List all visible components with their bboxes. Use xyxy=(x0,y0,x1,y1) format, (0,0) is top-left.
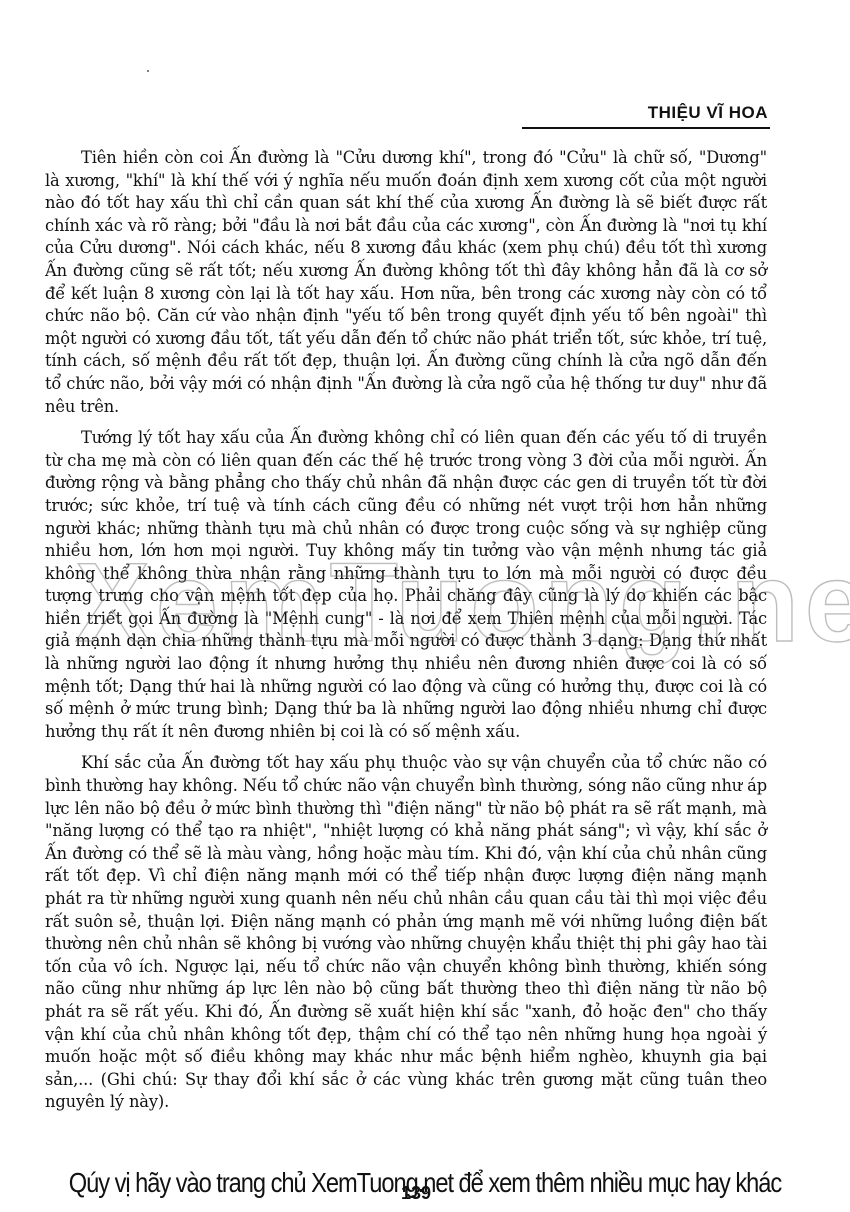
paragraph-an-duong-cuu-duong-khi: Tiên hiền còn coi Ấn đường là "Cửu dương… xyxy=(45,147,767,418)
running-header: THIỆU VĨ HOA xyxy=(522,103,770,129)
scan-speck xyxy=(147,70,149,72)
page-number: 139 xyxy=(401,1183,431,1204)
paragraph-khi-sac: Khí sắc của Ấn đường tốt hay xấu phụ thu… xyxy=(45,752,767,1114)
running-header-title: THIỆU VĨ HOA xyxy=(648,103,768,123)
paragraph-tuong-ly: Tướng lý tốt hay xấu của Ấn đường không … xyxy=(45,427,767,743)
body-text: Tiên hiền còn coi Ấn đường là "Cửu dương… xyxy=(45,147,767,1123)
